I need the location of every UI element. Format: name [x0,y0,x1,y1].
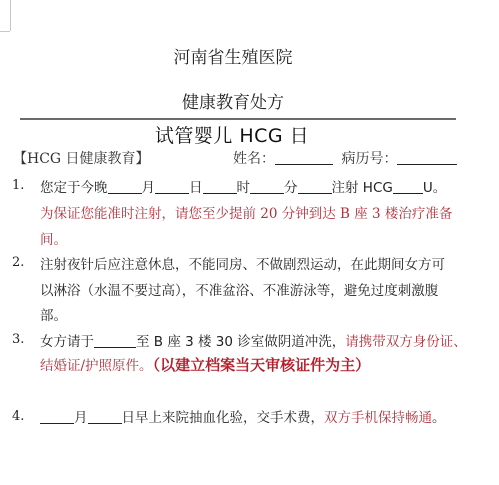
month-field[interactable] [108,180,142,194]
item-number-4: 4. [12,409,24,424]
item-1-day-label: 日 [189,180,203,196]
item-3-notice-2: 结婚证/护照原件。 [40,358,153,374]
item-number-1: 1. [12,178,24,193]
item-3-line-2: 结婚证/护照原件。（以建立档案当天审核证件为主） [40,354,370,375]
item-1-unit-label: U。 [423,180,446,196]
item-4-end: 。 [432,410,446,426]
item-3-line-1: 女方请于至 B 座 3 楼 30 诊室做阴道冲洗，请携带双方身份证、 [40,330,467,350]
patient-info-row: 姓名： 病历号： [233,148,457,168]
item-1-hour-label: 时 [237,180,251,196]
header-rule [20,118,456,120]
blood-test-month-field[interactable] [40,410,74,424]
item-4-month-label: 月 [74,410,88,426]
time-field[interactable] [298,180,332,194]
name-field[interactable] [275,150,333,165]
section-label: 【HCG 日健康教育】 [13,148,150,168]
item-1-notice-line-2: 间。 [40,228,67,248]
item-1-line-1: 您定于今晚月日时分注射 HCGU。 [40,176,446,196]
hospital-name: 河南省生殖医院 [0,43,466,68]
crop-mark-horizontal [0,31,10,32]
item-3-emphasis: （以建立档案当天审核证件为主） [153,356,371,374]
item-3-text-a: 女方请于 [40,334,94,350]
item-1-month-label: 月 [142,180,156,196]
item-4-line-1: 月日早上来院抽血化验，交手术费，双方手机保持畅通。 [40,406,446,426]
item-number-2: 2. [12,255,24,270]
document-title: 试管婴儿 HCG 日 [0,121,464,148]
item-4-notice: 双方手机保持畅通 [324,410,432,426]
name-label: 姓名： [233,151,275,167]
item-2-line-3: 部。 [40,304,67,324]
hour-field[interactable] [203,180,237,194]
rinse-date-field[interactable] [94,334,136,348]
minute-field[interactable] [250,180,284,194]
item-1-minute-label: 分 [284,180,298,196]
item-2-line-1: 注射夜针后应注意休息，不能同房、不做剧烈运动，在此期间女方可 [40,253,445,273]
item-1-hcg-label: 注射 HCG [332,180,393,196]
day-field[interactable] [155,180,189,194]
item-number-3: 3. [12,332,24,347]
hcg-dose-field[interactable] [393,180,423,194]
record-number-field[interactable] [397,150,457,165]
item-1-text: 您定于今晚 [40,180,108,196]
item-3-text-b: 至 B 座 3 楼 30 诊室做阴道冲洗， [136,334,345,350]
blood-test-day-field[interactable] [88,410,122,424]
item-1-notice-line-1: 为保证您能准时注射，请您至少提前 20 分钟到达 B 座 3 楼治疗准备 [40,202,452,222]
crop-mark-vertical [10,0,11,31]
document-subtitle: 健康教育处方 [0,88,466,113]
item-4-text: 日早上来院抽血化验，交手术费， [122,410,325,426]
item-2-line-2: 以淋浴（水温不要过高），不准盆浴、不准游泳等，避免过度刺激腹 [40,279,438,299]
record-label: 病历号： [341,151,397,167]
item-3-notice: 请携带双方身份证、 [345,334,467,350]
